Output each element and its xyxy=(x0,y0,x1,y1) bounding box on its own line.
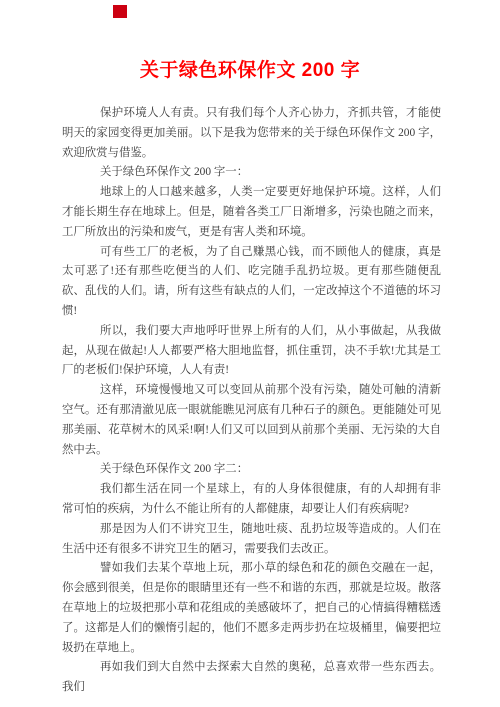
document-page: 关于绿色环保作文 200 字 保护环境人人有责。只有我们每个人齐心协力，齐抓共管… xyxy=(0,0,500,707)
page-title: 关于绿色环保作文 200 字 xyxy=(0,58,500,84)
paragraph: 这样，环境慢慢地又可以变回从前那个没有污染，随处可触的清新空气。还有那清澈见底一… xyxy=(62,381,441,460)
red-logo-mark xyxy=(113,5,127,18)
paragraph: 那是因为人们不讲究卫生，随地吐痰、乱扔垃圾等造成的。人们在生活中还有很多不讲究卫… xyxy=(62,520,441,560)
paragraph: 所以，我们要大声地呼吁世界上所有的人们，从小事做起，从我做起，从现在做起!人人都… xyxy=(62,322,441,381)
paragraph: 保护环境人人有责。只有我们每个人齐心协力，齐抓共管，才能使明天的家园变得更加美丽… xyxy=(62,104,441,163)
paragraph: 关于绿色环保作文 200 字一： xyxy=(62,163,441,183)
paragraph: 我们都生活在同一个星球上，有的人身体很健康，有的人却拥有非常可怕的疾病，为什么不… xyxy=(62,480,441,520)
paragraph: 譬如我们去某个草地上玩，那小草的绿色和花的颜色交融在一起，你会感到很美，但是你的… xyxy=(62,559,441,658)
paragraph: 再如我们到大自然中去探索大自然的奥秘，总喜欢带一些东西去。我们 xyxy=(62,658,441,698)
paragraph: 地球上的人口越来越多，人类一定要更好地保护环境。这样，人们才能长期生存在地球上。… xyxy=(62,183,441,242)
paragraph: 关于绿色环保作文 200 字二： xyxy=(62,460,441,480)
article-body: 保护环境人人有责。只有我们每个人齐心协力，齐抓共管，才能使明天的家园变得更加美丽… xyxy=(62,104,441,698)
paragraph: 可有些工厂的老板，为了自己赚黑心钱，而不顾他人的健康，真是太可恶了!还有那些吃便… xyxy=(62,243,441,322)
